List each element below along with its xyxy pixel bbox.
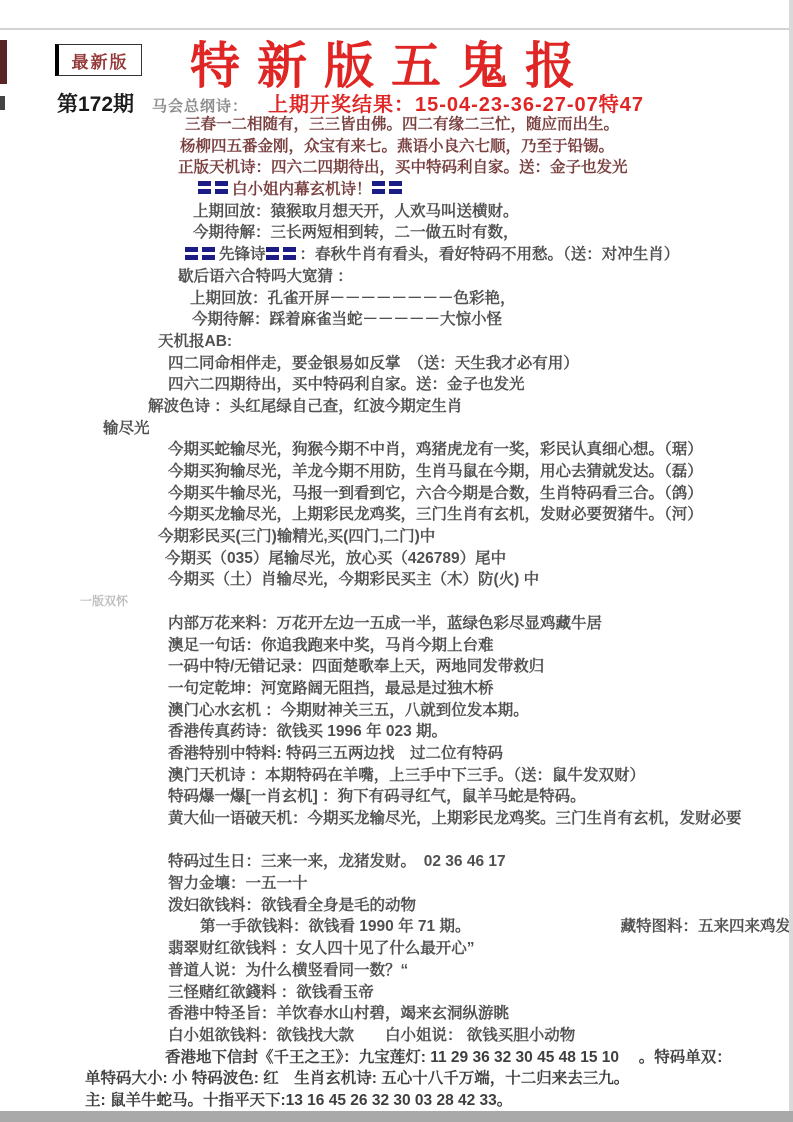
text-segment: 泼妇欲钱料：欲钱看全身是毛的动物 bbox=[168, 897, 416, 914]
text-line: 一句定乾坤：河宽路阔无阻挡，最忌是过独木桥 bbox=[0, 678, 793, 700]
text-line: 特码过生日：三来一来，龙猪发财。 02 36 46 17 bbox=[0, 851, 793, 873]
text-line: 一码中特/无错记录：四面楚歌奉上天，两地同发带救归 bbox=[0, 656, 793, 678]
text-segment: 香港传真药诗：欲钱买 1996 年 023 期。 bbox=[168, 723, 447, 740]
page: 最新版 特新版五鬼报 第172期 马会总纲诗： 上期开奖结果：15-04-23-… bbox=[0, 0, 793, 1122]
text-line: 香港中特圣旨：羊饮春水山村碧，竭来玄洞纵游眺 bbox=[0, 1003, 793, 1025]
text-segment: 香港地下信封《千王之王》：九宝莲灯: 11 29 36 32 30 45 48 … bbox=[165, 1049, 732, 1066]
text-segment: 澳门天机诗 ：本期特码在羊嘴，上三手中下三手。（送：鼠牛发双财） bbox=[168, 767, 645, 784]
text-line: 今期买狗输尽光，羊龙今期不用防，生肖马鼠在今期，用心去猜就发达。（磊） bbox=[0, 461, 793, 483]
double-bars-icon bbox=[266, 247, 296, 260]
text-segment: 四二同命相伴走，要金银易如反掌 （送：天生我才必有用） bbox=[168, 355, 579, 372]
text-line: 黄大仙一语破天机：今期买龙输尽光，上期彩民龙鸡奖。三门生肖有玄机，发财必要 bbox=[0, 808, 793, 830]
text-segment bbox=[0, 832, 4, 849]
text-line: 第一手欲钱料：欲钱看 1990 年 71 期。藏特图料：五来四来鸡发财 bbox=[0, 916, 793, 938]
text-line: 今期彩民买(三门)输精光,买(四门,二门)中 bbox=[0, 526, 793, 548]
text-line: 今期买牛输尽光，马报一到看到它，六合今期是合数，生肖特码看三合。（鸽） bbox=[0, 483, 793, 505]
text-segment: ：春秋牛肖有看头，看好特码不用愁。（送：对冲生肖） bbox=[300, 246, 680, 263]
text-line: 输尽光 bbox=[0, 418, 793, 440]
text-segment: 歇后语六合特吗大宽猜 ： bbox=[178, 268, 353, 285]
text-line: 澳足一句话：你追我跑来中奖，马肖今期上台难 bbox=[0, 635, 793, 657]
text-segment: 智力金壤：一五一十 bbox=[168, 875, 308, 892]
text-segment: 四六二四期待出，买中特码利自家。送：金子也发光 bbox=[168, 376, 525, 393]
text-segment: 一句定乾坤：河宽路阔无阻挡，最忌是过独木桥 bbox=[168, 680, 494, 697]
text-segment: 黄大仙一语破天机：今期买龙输尽光，上期彩民龙鸡奖。三门生肖有玄机，发财必要 bbox=[168, 810, 742, 827]
text-line: 今期买龙输尽光，上期彩民龙鸡奖，三门生肖有玄机，发财必要贺猪牛。（河） bbox=[0, 504, 793, 526]
text-line: 白小姐欲钱料：欲钱找大款 白小姐说： 欲钱买胆小动物 bbox=[0, 1025, 793, 1047]
double-bars-icon bbox=[185, 247, 215, 260]
text-segment: 上期回放：孔雀开屏－－－－－－－－色彩艳， bbox=[190, 290, 516, 307]
text-segment: 白小姐欲钱料：欲钱找大款 白小姐说： 欲钱买胆小动物 bbox=[168, 1027, 575, 1044]
text-line: 今期买（035）尾输尽光，放心买（426789）尾中 bbox=[0, 548, 793, 570]
text-line: 主: 鼠羊牛蛇马。十指平天下:13 16 45 26 32 30 03 28 4… bbox=[0, 1090, 793, 1112]
text-segment: 正版天机诗：四六二四期待出，买中特码利自家。送：金子也发光 bbox=[178, 159, 628, 176]
text-segment: 内部万花来料：万花开左边一五成一半，蓝绿色彩尽显鸡藏牛居 bbox=[168, 615, 602, 632]
double-bars-icon bbox=[372, 181, 402, 194]
text-line: 三春一二相随有，三三皆由佛。四二有缘二三忙，随应而出生。 bbox=[0, 114, 793, 136]
text-segment: 翡翠财红欲钱料 ：女人四十见了什么最开心” bbox=[168, 940, 475, 957]
text-line: 澳门心水玄机 ：今期财神关三五，八就到位发本期。 bbox=[0, 700, 793, 722]
text-segment: 上期回放：猿猴取月想天开，人欢马叫送横财。 bbox=[193, 203, 519, 220]
text-line: 澳门天机诗 ：本期特码在羊嘴，上三手中下三手。（送：鼠牛发双财） bbox=[0, 765, 793, 787]
text-segment: 澳门心水玄机 ：今期财神关三五，八就到位发本期。 bbox=[168, 702, 529, 719]
text-segment: 第一手欲钱料：欲钱看 1990 年 71 期。 bbox=[200, 918, 470, 935]
text-line: 智力金壤：一五一十 bbox=[0, 873, 793, 895]
text-line: 正版天机诗：四六二四期待出，买中特码利自家。送：金子也发光 bbox=[0, 157, 793, 179]
double-bars-icon bbox=[198, 181, 228, 194]
text-line: 香港传真药诗：欲钱买 1996 年 023 期。 bbox=[0, 721, 793, 743]
text-line: 今期买蛇输尽光，狗猴今期不中肖，鸡猪虎龙有一奖，彩民认真细心想。（琚） bbox=[0, 439, 793, 461]
text-line: 三怪赌红欲錢料 ：欲钱看玉帝 bbox=[0, 982, 793, 1004]
text-line: 上期回放：猿猴取月想天开，人欢马叫送横财。 bbox=[0, 201, 793, 223]
text-segment: 特码过生日：三来一来，龙猪发财。 02 36 46 17 bbox=[168, 853, 506, 870]
text-segment: 今期待解：三长两短相到转，二一做五时有数， bbox=[193, 224, 519, 241]
text-line: 单特码大小: 小 特码波色: 红 生肖玄机诗: 五心十八千万端，十二归来去三九。 bbox=[0, 1068, 793, 1090]
bottom-border bbox=[0, 1111, 793, 1122]
previous-result: 上期开奖结果：15-04-23-36-27-07特47 bbox=[268, 88, 644, 117]
right-border bbox=[789, 0, 793, 1122]
text-line: 翡翠财红欲钱料 ：女人四十见了什么最开心” bbox=[0, 938, 793, 960]
text-segment: 主: 鼠羊牛蛇马。十指平天下:13 16 45 26 32 30 03 28 4… bbox=[85, 1092, 512, 1109]
text-segment: 单特码大小: 小 特码波色: 红 生肖玄机诗: 五心十八千万端，十二归来去三九。 bbox=[85, 1070, 629, 1087]
text-segment: 一版双怀 bbox=[80, 594, 128, 608]
text-segment: 杨柳四五番金刚，众宝有来七。燕语小良六七顺，乃至于铅锡。 bbox=[180, 138, 614, 155]
text-segment: 天机报AB: bbox=[158, 333, 232, 350]
text-segment: 三春一二相随有，三三皆由佛。四二有缘二三忙，随应而出生。 bbox=[185, 116, 619, 133]
text-line: 今期买（土）肖输尽光，今期彩民买主（木）防(火) 中 bbox=[0, 569, 793, 591]
text-segment: 香港特别中特料: 特码三五两边找 过二位有特码 bbox=[168, 745, 503, 762]
body-text: 三春一二相随有，三三皆由佛。四二有缘二三忙，随应而出生。杨柳四五番金刚，众宝有来… bbox=[0, 114, 793, 1112]
text-line: 歇后语六合特吗大宽猜 ： bbox=[0, 266, 793, 288]
text-line: 白小姐内幕玄机诗！ bbox=[0, 179, 793, 201]
text-segment: 香港中特圣旨：羊饮春水山村碧，竭来玄洞纵游眺 bbox=[168, 1005, 509, 1022]
text-segment: 藏特图料：五来四来鸡发财 bbox=[620, 918, 793, 935]
text-segment: 一码中特/无错记录：四面楚歌奉上天，两地同发带救归 bbox=[168, 658, 544, 675]
edition-label: 最新版 bbox=[55, 44, 142, 76]
text-line: 今期待解：三长两短相到转，二一做五时有数， bbox=[0, 222, 793, 244]
text-line: 内部万花来料：万花开左边一五成一半，蓝绿色彩尽显鸡藏牛居 bbox=[0, 613, 793, 635]
text-segment: 今期买牛输尽光，马报一到看到它，六合今期是合数，生肖特码看三合。（鸽） bbox=[168, 485, 703, 502]
text-line: 四二同命相伴走，要金银易如反掌 （送：天生我才必有用） bbox=[0, 353, 793, 375]
text-line: 先锋诗：春秋牛肖有看头，看好特码不用愁。（送：对冲生肖） bbox=[0, 244, 793, 266]
text-line: 香港特别中特料: 特码三五两边找 过二位有特码 bbox=[0, 743, 793, 765]
text-segment: 特码爆一爆[一肖玄机] ：狗下有码寻红气，鼠羊马蛇是特码。 bbox=[168, 788, 586, 805]
text-line: 特码爆一爆[一肖玄机] ：狗下有码寻红气，鼠羊马蛇是特码。 bbox=[0, 786, 793, 808]
text-line: 解波色诗 ：头红尾绿自己查，红波今期定生肖 bbox=[0, 396, 793, 418]
text-line: 泼妇欲钱料：欲钱看全身是毛的动物 bbox=[0, 895, 793, 917]
text-line: 香港地下信封《千王之王》：九宝莲灯: 11 29 36 32 30 45 48 … bbox=[0, 1047, 793, 1069]
text-line: 杨柳四五番金刚，众宝有来七。燕语小良六七顺，乃至于铅锡。 bbox=[0, 136, 793, 158]
text-segment: 今期待解：踩着麻雀当蛇－－－－－大惊小怪 bbox=[192, 311, 502, 328]
text-segment: 输尽光 bbox=[103, 420, 150, 437]
text-segment: 解波色诗 ：头红尾绿自己查，红波今期定生肖 bbox=[148, 398, 462, 415]
text-line: 天机报AB: bbox=[0, 331, 793, 353]
text-segment: 三怪赌红欲錢料 ：欲钱看玉帝 bbox=[168, 984, 374, 1001]
text-segment: 今期买龙输尽光，上期彩民龙鸡奖，三门生肖有玄机，发财必要贺猪牛。（河） bbox=[168, 506, 703, 523]
text-line: 今期待解：踩着麻雀当蛇－－－－－大惊小怪 bbox=[0, 309, 793, 331]
poem-label: 马会总纲诗： bbox=[152, 95, 248, 116]
text-line bbox=[0, 830, 793, 852]
text-line: 四六二四期待出，买中特码利自家。送：金子也发光 bbox=[0, 374, 793, 396]
scan-mark bbox=[0, 40, 7, 84]
text-line: 一版双怀 bbox=[0, 591, 793, 613]
text-segment: 今期买狗输尽光，羊龙今期不用防，生肖马鼠在今期，用心去猜就发达。（磊） bbox=[168, 463, 703, 480]
text-segment: 今期彩民买(三门)输精光,买(四门,二门)中 bbox=[158, 528, 435, 545]
text-line: 上期回放：孔雀开屏－－－－－－－－色彩艳， bbox=[0, 288, 793, 310]
text-line: 普道人说：为什么横竖看同一数？“ bbox=[0, 960, 793, 982]
text-segment: 今期买蛇输尽光，狗猴今期不中肖，鸡猪虎龙有一奖，彩民认真细心想。（琚） bbox=[168, 441, 703, 458]
text-segment: 先锋诗 bbox=[219, 246, 266, 263]
text-segment: 普道人说：为什么横竖看同一数？“ bbox=[168, 962, 408, 979]
text-segment: 今期买（035）尾输尽光，放心买（426789）尾中 bbox=[165, 550, 506, 567]
text-segment: 白小姐内幕玄机诗！ bbox=[232, 181, 372, 198]
scan-mark bbox=[0, 96, 5, 110]
text-segment: 澳足一句话：你追我跑来中奖，马肖今期上台难 bbox=[168, 637, 494, 654]
text-segment: 今期买（土）肖输尽光，今期彩民买主（木）防(火) 中 bbox=[168, 571, 539, 588]
